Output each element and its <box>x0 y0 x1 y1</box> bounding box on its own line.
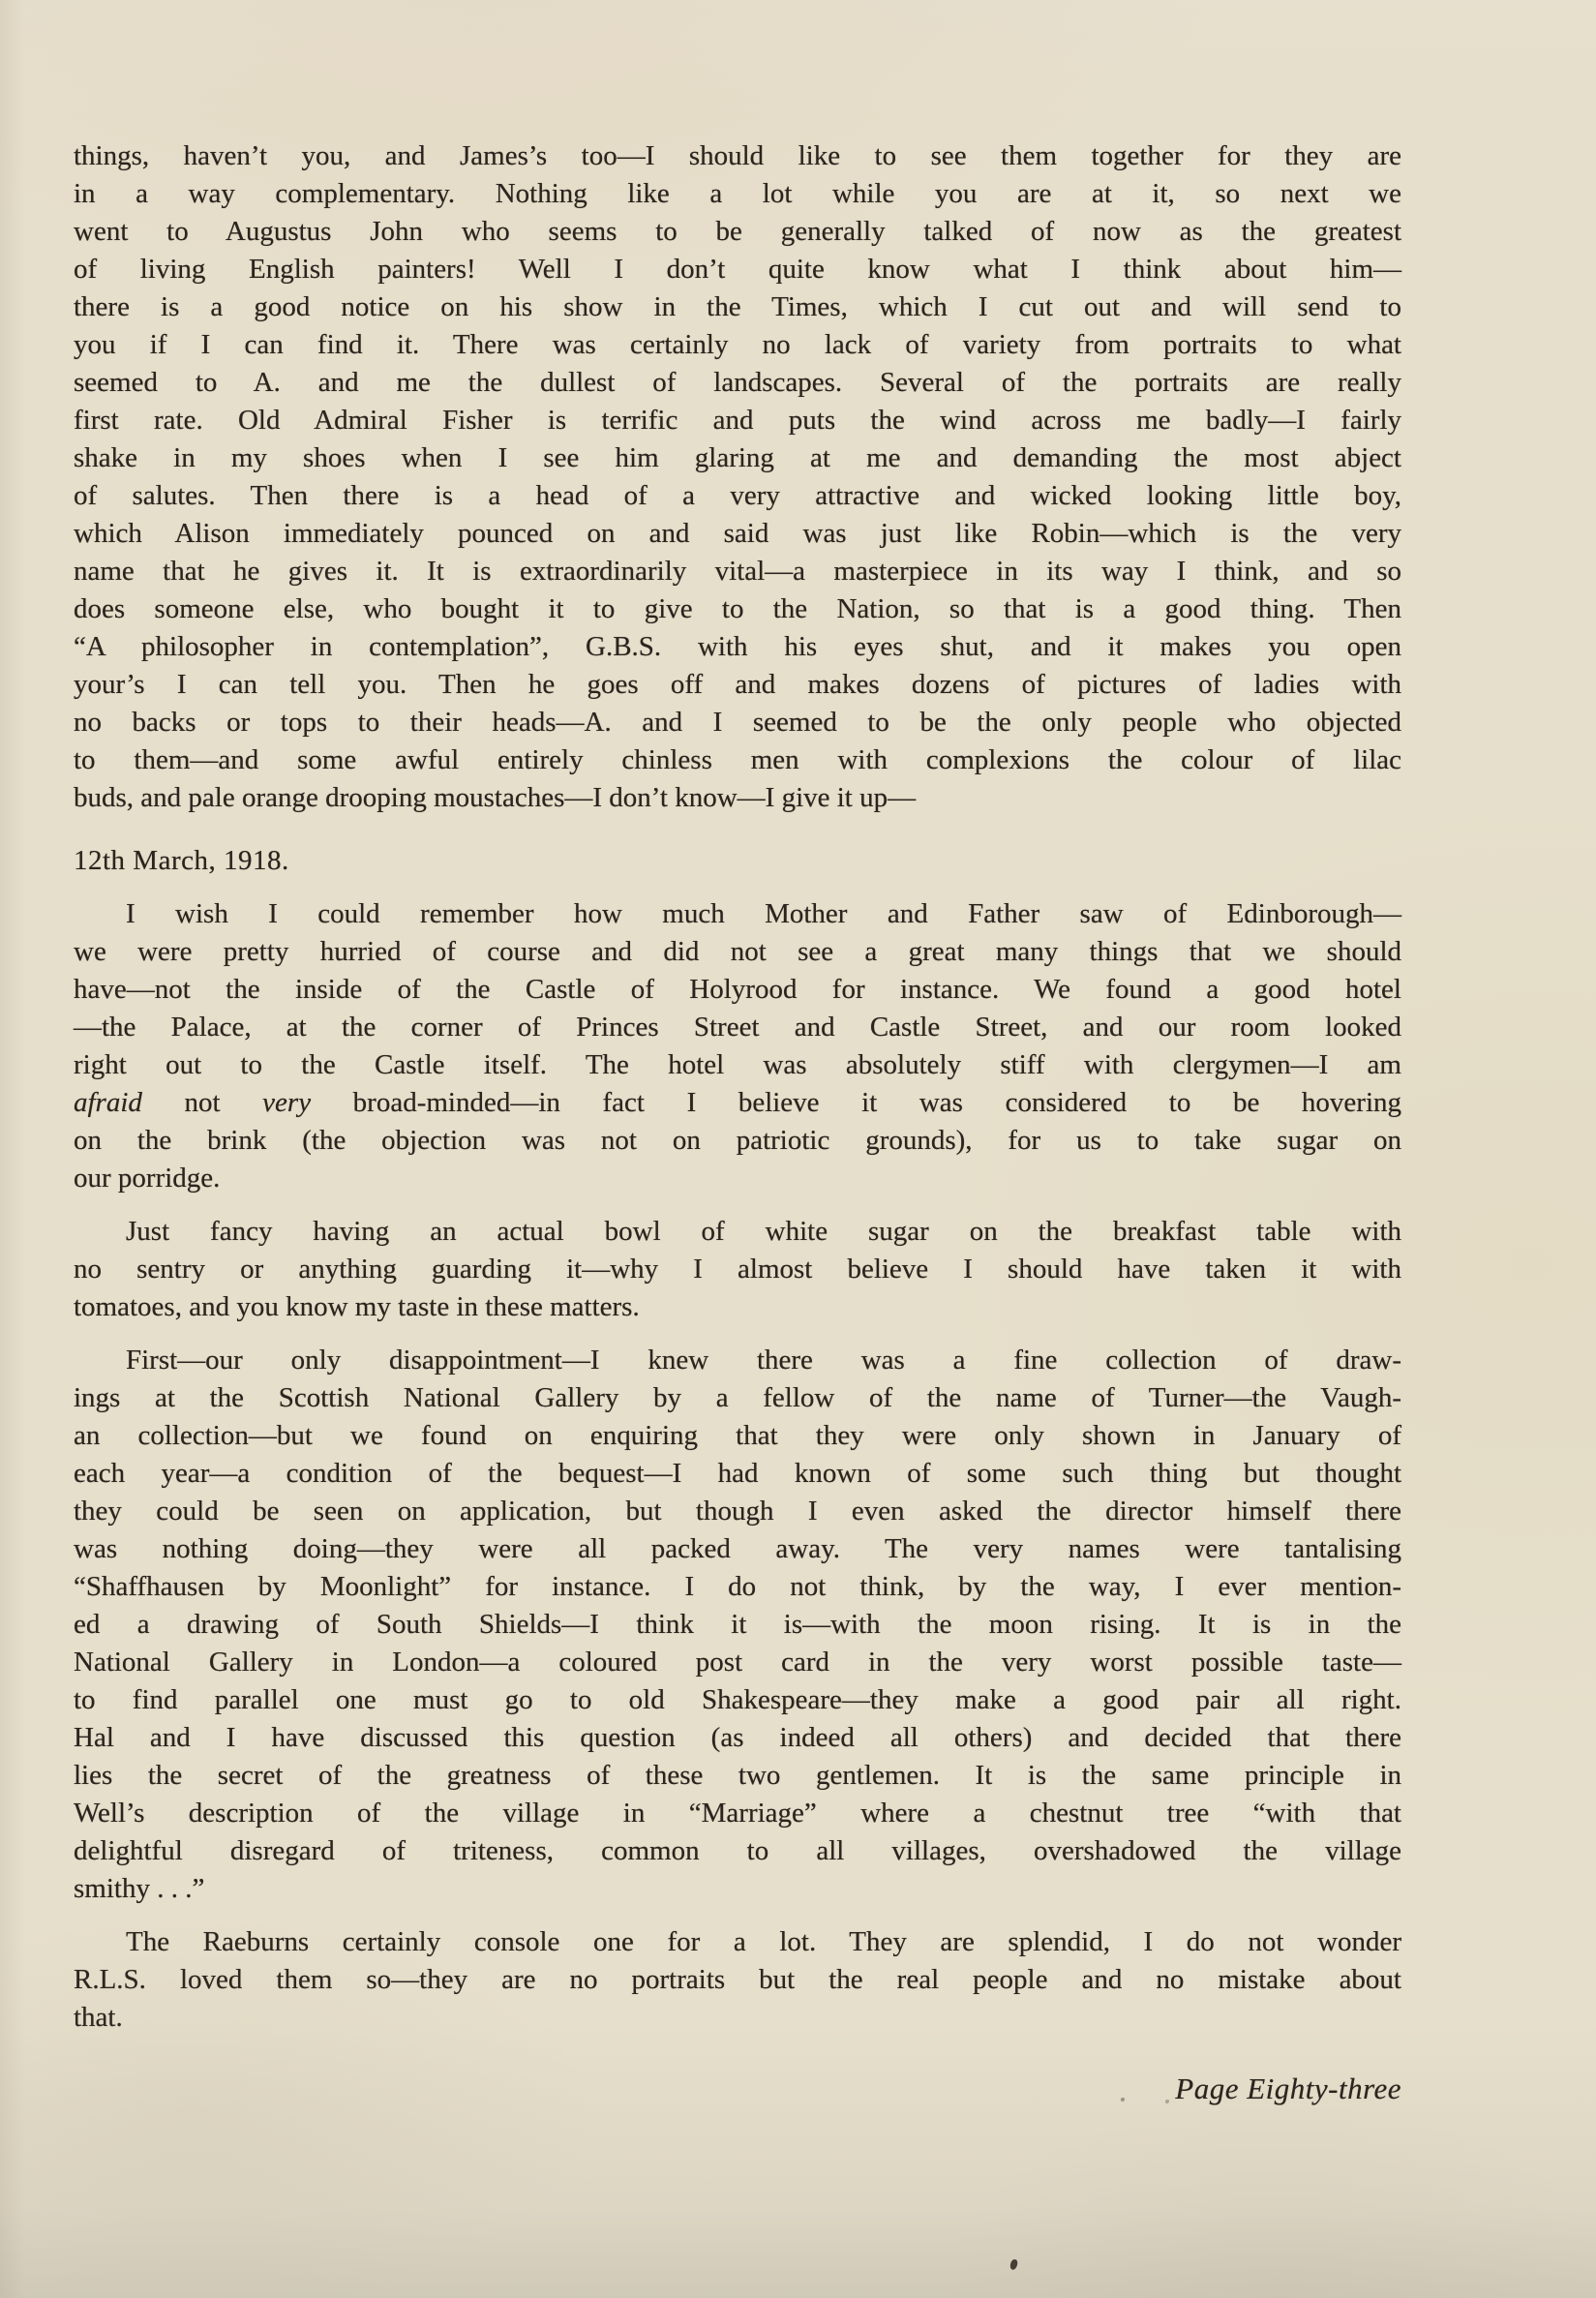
paragraph: Just fancy having an actual bowl of whit… <box>74 1213 1401 1326</box>
text-line: our porridge. <box>74 1160 1401 1197</box>
text-line: there is a good notice on his show in th… <box>74 288 1401 326</box>
book-page: things, haven’t you, and James’s too—I s… <box>0 0 1596 2298</box>
page-text: things, haven’t you, and James’s too—I s… <box>74 137 1401 2052</box>
text-line: Hal and I have discussed this question (… <box>74 1719 1401 1757</box>
text-line: which Alison immediately pounced on and … <box>74 515 1401 553</box>
text-line: an collection—but we found on enquiring … <box>74 1417 1401 1455</box>
text-line: shake in my shoes when I see him glaring… <box>74 439 1401 477</box>
text-line: your’s I can tell you. Then he goes off … <box>74 666 1401 704</box>
paragraph: things, haven’t you, and James’s too—I s… <box>74 137 1401 817</box>
text-line: that. <box>74 1999 1401 2037</box>
text-line: each year—a condition of the bequest—I h… <box>74 1455 1401 1493</box>
text-line: Well’s description of the village in “Ma… <box>74 1795 1401 1832</box>
text-line: tomatoes, and you know my taste in these… <box>74 1288 1401 1326</box>
text-line: National Gallery in London—a coloured po… <box>74 1644 1401 1681</box>
text-line: was nothing doing—they were all packed a… <box>74 1530 1401 1568</box>
text-line: of living English painters! Well I don’t… <box>74 251 1401 288</box>
text-line: in a way complementary. Nothing like a l… <box>74 175 1401 213</box>
text-line: afraid not very broad-minded—in fact I b… <box>74 1084 1401 1122</box>
text-line: seemed to A. and me the dullest of lands… <box>74 364 1401 402</box>
text-line: we were pretty hurried of course and did… <box>74 933 1401 971</box>
text-line: I wish I could remember how much Mother … <box>74 895 1401 933</box>
text-line: no backs or tops to their heads—A. and I… <box>74 704 1401 741</box>
text-line: have—not the inside of the Castle of Hol… <box>74 971 1401 1009</box>
text-line: things, haven’t you, and James’s too—I s… <box>74 137 1401 175</box>
text-line: ings at the Scottish National Gallery by… <box>74 1379 1401 1417</box>
text-line: buds, and pale orange drooping moustache… <box>74 779 1401 817</box>
text-line: lies the secret of the greatness of thes… <box>74 1757 1401 1795</box>
text-line: Just fancy having an actual bowl of whit… <box>74 1213 1401 1251</box>
date-heading: 12th March, 1918. <box>74 842 1401 880</box>
paragraph: First—our only disappointment—I knew the… <box>74 1342 1401 1908</box>
text-line: R.L.S. loved them so—they are no portrai… <box>74 1961 1401 1999</box>
text-line: “A philosopher in contemplation”, G.B.S.… <box>74 628 1401 666</box>
text-line: delightful disregard of triteness, commo… <box>74 1832 1401 1870</box>
text-line: to them—and some awful entirely chinless… <box>74 741 1401 779</box>
text-line: first rate. Old Admiral Fisher is terrif… <box>74 402 1401 439</box>
text-line: —the Palace, at the corner of Princes St… <box>74 1009 1401 1046</box>
text-line: they could be seen on application, but t… <box>74 1493 1401 1530</box>
text-line: no sentry or anything guarding it—why I … <box>74 1251 1401 1288</box>
ink-speck <box>1009 2258 1018 2270</box>
text-line: of salutes. Then there is a head of a ve… <box>74 477 1401 515</box>
text-line: does someone else, who bought it to give… <box>74 590 1401 628</box>
text-line: you if I can find it. There was certainl… <box>74 326 1401 364</box>
text-line: ed a drawing of South Shields—I think it… <box>74 1606 1401 1644</box>
text-line: smithy . . .” <box>74 1870 1401 1908</box>
text-line: went to Augustus John who seems to be ge… <box>74 213 1401 251</box>
paragraph: The Raeburns certainly console one for a… <box>74 1923 1401 2037</box>
text-line: right out to the Castle itself. The hote… <box>74 1046 1401 1084</box>
page-number-footer: Page Eighty-three <box>74 2071 1401 2106</box>
text-line: First—our only disappointment—I knew the… <box>74 1342 1401 1379</box>
text-line: on the brink (the objection was not on p… <box>74 1122 1401 1160</box>
text-line: “Shaffhausen by Moonlight” for instance.… <box>74 1568 1401 1606</box>
text-line: to find parallel one must go to old Shak… <box>74 1681 1401 1719</box>
text-line: name that he gives it. It is extraordina… <box>74 553 1401 590</box>
paragraph: I wish I could remember how much Mother … <box>74 895 1401 1197</box>
text-line: The Raeburns certainly console one for a… <box>74 1923 1401 1961</box>
